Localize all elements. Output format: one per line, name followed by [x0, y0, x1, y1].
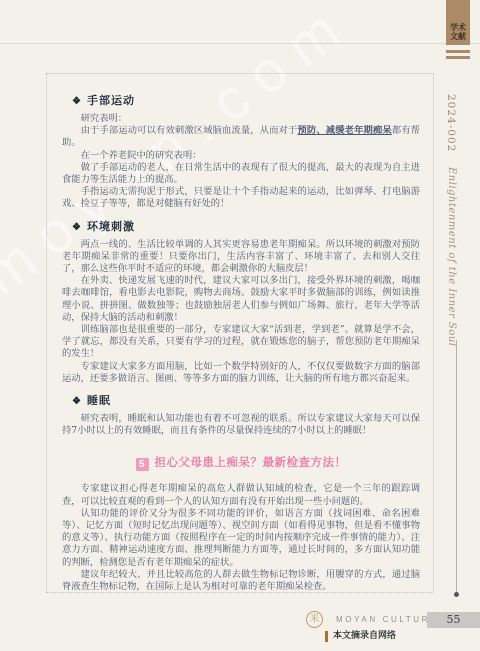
highlight-heading: 5担心父母患上痴呆？最新检查方法！ [62, 454, 420, 471]
issue-caption: 2024-002 Enlightenment of the Inner Soul [442, 94, 461, 354]
section-title-environment: ❖环境刺激 [72, 218, 420, 234]
paragraph: 做了手部运动的老人，在日常生活中的表现有了很大的提高，最大的表现为自主进食能力等… [62, 162, 420, 186]
diamond-icon: ❖ [72, 222, 82, 233]
publisher-name: MOYAN CULTURE [336, 615, 438, 624]
paragraph: 在一个养老院中的研究表明： [62, 150, 420, 162]
magazine-page: { "page": { "watermark": "moyan.com", "t… [0, 0, 480, 651]
issue-number: 2024-002 [445, 94, 457, 152]
paragraph: 训练脑部也是很重要的一部分，专家建议大家“活到老，学到老”。就算是学不会，学了就… [62, 324, 420, 361]
paragraph: 研究表明，睡眠和认知功能也有着不可忽视的联系。所以专家建议大家每天可以保持7小时… [62, 413, 420, 437]
paragraph: 手指运动无需拘泥于形式，只要是让十个手指动起来的运动，比如弹琴、打电脑游戏、捡豆… [62, 186, 420, 210]
diamond-icon: ❖ [72, 96, 82, 107]
heading-number-badge: 5 [136, 458, 149, 471]
top-divider [0, 43, 480, 44]
highlight-heading-text: 担心父母患上痴呆？最新检查方法！ [155, 457, 347, 469]
paragraph: 建议年纪较大、并且比较高危的人群去做生物标记物诊断，用腰穿的方式，通过脑脊液查生… [62, 569, 420, 593]
page-number-badge: 55 [427, 612, 480, 628]
section-title-text: 手部运动 [87, 94, 135, 107]
article-frame: ❖手部运动 研究表明： 由于手部运动可以有效刺激区域脑血流量，从而对于预防、减缓… [46, 73, 434, 593]
tab-accent-bar [446, 56, 470, 59]
publisher-logo-icon: 米 [306, 611, 323, 628]
section-title-text: 睡眠 [87, 394, 111, 407]
category-tab-line2: 文献 [450, 32, 466, 41]
paragraph: 专家建议担心得老年期痴呆的高危人群做认知域的检查，它是一个三年的跟踪调查，可以比… [62, 483, 420, 507]
source-note: 本文摘录自网络 [62, 623, 420, 642]
diamond-icon: ❖ [72, 396, 82, 407]
tab-accent-bar [446, 50, 470, 53]
source-note-text: 本文摘录自网络 [325, 631, 396, 642]
section-title-hand-exercise: ❖手部运动 [72, 92, 420, 108]
section-title-sleep: ❖睡眠 [72, 392, 420, 408]
side-rule [456, 340, 457, 593]
section-title-text: 环境刺激 [87, 220, 135, 233]
paragraph: 在外卖、快递发展飞速的时代，建议大家可以多出门，接受外界环境的刺激，喝咖啡去咖啡… [62, 275, 420, 324]
tab-accent-bars [446, 50, 470, 62]
paragraph: 研究表明： [62, 113, 420, 125]
underlined-phrase: 预防、减缓老年期痴呆 [298, 125, 392, 136]
issue-subtitle: Enlightenment of the Inner Soul [446, 167, 457, 347]
paragraph: 两点一线的、生活比较单调的人其实更容易患老年期痴呆。所以环境的刺激对预防老年期痴… [62, 239, 420, 276]
category-tab: 学术 文献 [446, 0, 470, 45]
paragraph-pre: 由于手部运动可以有效刺激区域脑血流量，从而对于 [81, 125, 298, 136]
paragraph: 专家建议大家多方面用脑，比如一个数学特别好的人，不仅仅要做数字方面的脑部运动，还… [62, 361, 420, 385]
paragraph: 由于手部运动可以有效刺激区域脑血流量，从而对于预防、减缓老年期痴呆都有帮助。 [62, 125, 420, 149]
paragraph: 认知功能的评价又分为很多不同功能的评价，如语言方面（找词困难、命名困难等）、记忆… [62, 508, 420, 569]
